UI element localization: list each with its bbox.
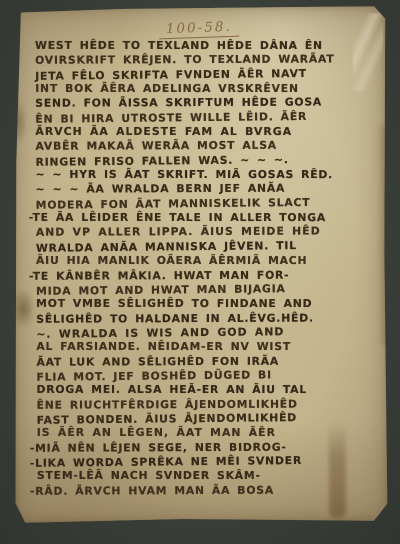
manuscript-line: MOT VMBE SÊLIGHÊD TO FINDANE AND [36,297,380,312]
manuscript-text: WEST HÊDE TO TEXLAND HÊDE DÂNA ÊNOVIRSKR… [35,38,381,498]
manuscript-line: -RÂD. ÃRVCH HVAM MAN ÃA BOSA [30,483,381,499]
stain [9,99,27,145]
manuscript-line: -TE ÃA LÊIDER ÊNE TALE IN ALLER TONGA [29,211,380,226]
manuscript-line: WEST HÊDE TO TEXLAND HÊDE DÂNA ÊN [35,39,379,54]
manuscript-line: ~ ~ HYR IS ÃAT SKRIFT. MIÃ GOSAS RÊD. [36,168,380,183]
manuscript-line: DROGA MEI. ALSA HEÃ-ER AN ÃIU TAL [37,383,381,398]
page-number: 100-58. [159,19,239,40]
manuscript-line: AL FARSIANDE. NÊIDAM-ER NV WIST [36,340,380,355]
manuscript-line: ÃIU HIA MANLIK OÃERA ÃÊRMIÃ MACH [36,254,380,269]
manuscript-line: ÃRVCH ÃA ALDESTE FAM AL BVRGA [35,125,379,140]
manuscript-page: 100-58. WEST HÊDE TO TEXLAND HÊDE DÂNA Ê… [12,5,388,524]
stain [11,289,35,329]
page-number-wrap: 100-58. [12,16,386,39]
manuscript-line: IS ÃÊR AN LÊGEN, ÃAT MAN ÃÊR [37,426,381,441]
photo-background: 100-58. WEST HÊDE TO TEXLAND HÊDE DÂNA Ê… [0,0,400,544]
manuscript-line: STEM-LÊÃ NACH SVNDER SKÂM- [37,469,381,484]
manuscript-line: INT BOK ÃÊRA ADELINGA VRSKRÊVEN [35,82,379,97]
